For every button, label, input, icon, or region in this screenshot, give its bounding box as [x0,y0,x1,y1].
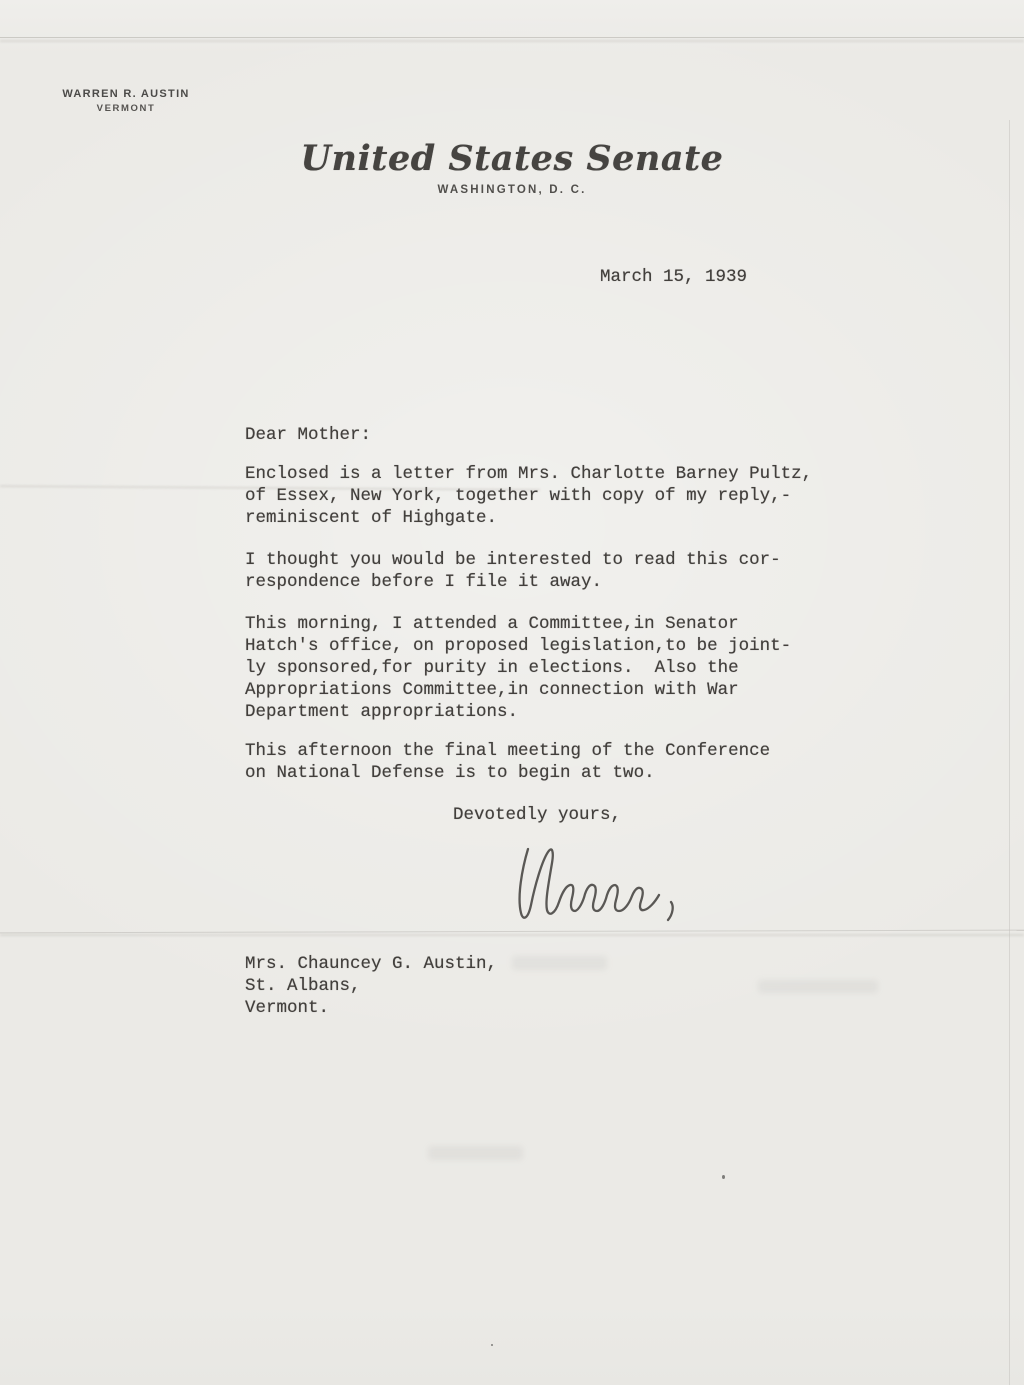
lower-fold-crease-shadow [0,934,1024,936]
body-paragraph: Enclosed is a letter from Mrs. Charlotte… [245,463,855,529]
top-fold-crease-shadow [0,40,1024,42]
letterhead-organization: United States Senate [0,138,1024,179]
body-paragraph: This afternoon the final meeting of the … [245,740,855,784]
salutation: Dear Mother: [245,424,371,446]
top-fold-crease [0,37,1024,38]
signature-stroke [520,849,673,920]
ink-speck [722,1175,725,1179]
ink-speck [491,1344,493,1346]
letter-page: WARREN R. AUSTIN VERMONT United States S… [0,0,1024,1385]
lower-fold-crease [0,930,1024,934]
sender-name: WARREN R. AUSTIN [48,88,204,100]
letterhead-location: WASHINGTON, D. C. [0,184,1024,196]
letterhead-sender-block: WARREN R. AUSTIN VERMONT [48,88,204,114]
bleed-through-smudge [428,1146,523,1160]
recipient-address: Mrs. Chauncey G. Austin, St. Albans, Ver… [245,953,695,1019]
date-line: March 15, 1939 [600,266,747,288]
signature [514,845,704,925]
bleed-through-smudge [758,980,878,993]
body-paragraph: I thought you would be interested to rea… [245,549,855,593]
body-paragraph: This morning, I attended a Committee,in … [245,613,855,723]
sender-state: VERMONT [48,103,204,114]
closing-line: Devotedly yours, [453,804,621,826]
bleed-through-smudge [512,956,607,970]
right-scan-edge [1009,120,1010,1385]
